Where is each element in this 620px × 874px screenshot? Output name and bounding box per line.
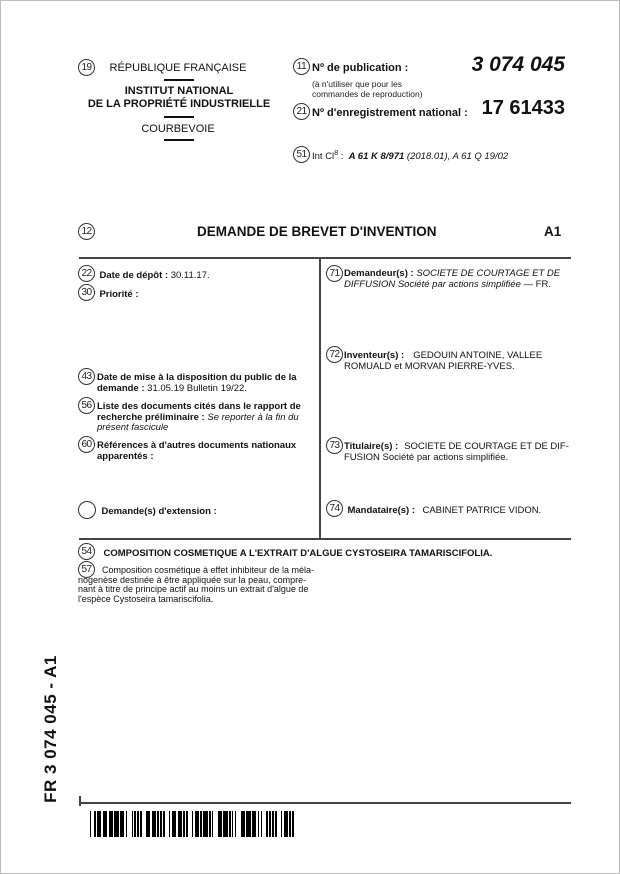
publication-date-field: Date de mise à la disposition du public … bbox=[97, 373, 307, 394]
abstract: Composition cosmétique à effet inhibiteu… bbox=[78, 566, 328, 604]
code-60: 60 bbox=[78, 436, 95, 454]
inid-code-22-icon: 22 bbox=[78, 265, 95, 282]
barcode bbox=[90, 811, 294, 837]
references-label-line1: Références à d'autres documents nationau… bbox=[97, 441, 317, 452]
inid-code-11-icon: 11 bbox=[293, 58, 310, 75]
inid-code-51-icon: 51 bbox=[293, 146, 310, 163]
extension-field: Demande(s) d'extension : bbox=[78, 501, 217, 519]
inventors-label: Inventeur(s) : bbox=[344, 350, 404, 361]
column-divider bbox=[319, 258, 321, 539]
invention-title: COMPOSITION COSMETIQUE A L'EXTRAIT D'ALG… bbox=[103, 548, 492, 559]
cited-docs-value-line2: présent fascicule bbox=[97, 423, 317, 434]
applicant-field: Demandeur(s) : SOCIETE DE COURTAGE ET DE… bbox=[344, 269, 572, 290]
office-name-line2: DE LA PROPRIÉTÉ INDUSTRIELLE bbox=[81, 98, 277, 111]
header-divider bbox=[164, 139, 194, 141]
publication-note-line1: (à n'utiliser que pour les bbox=[312, 79, 423, 89]
references-field: Références à d'autres documents nationau… bbox=[97, 441, 317, 462]
registration-number: 17 61433 bbox=[471, 97, 565, 120]
code-11: 11 bbox=[293, 58, 310, 76]
holder-value-line2: FUSION Société par actions simplifiée. bbox=[344, 453, 572, 464]
inid-code-empty-icon bbox=[78, 501, 96, 519]
code-19: 19 bbox=[78, 59, 95, 77]
code-71: 71 bbox=[326, 265, 343, 283]
applicant-label: Demandeur(s) : bbox=[344, 268, 414, 279]
office-city: COURBEVOIE bbox=[108, 123, 248, 135]
int-cl-main: A 61 K 8/971 bbox=[349, 151, 405, 162]
inventors-value-line2: ROMUALD et MORVAN PIERRE-YVES. bbox=[344, 362, 572, 373]
int-cl-main-date: (2018.01), bbox=[404, 151, 452, 162]
inid-code-54-icon: 54 bbox=[78, 543, 95, 560]
inid-code-60-icon: 60 bbox=[78, 436, 95, 453]
cited-documents-field: Liste des documents cités dans le rappor… bbox=[97, 402, 317, 434]
country-name: RÉPUBLIQUE FRANÇAISE bbox=[108, 62, 248, 74]
inid-code-43-icon: 43 bbox=[78, 368, 95, 385]
side-label-text: FR 3 074 045 - A1 bbox=[41, 655, 61, 803]
references-label-line2: apparentés : bbox=[97, 452, 317, 463]
int-cl-label: Int Cl bbox=[312, 151, 334, 162]
inid-code-73-icon: 73 bbox=[326, 437, 343, 454]
publication-note: (à n'utiliser que pour les commandes de … bbox=[312, 79, 423, 99]
patent-document-page: 19 RÉPUBLIQUE FRANÇAISE INSTITUT NATIONA… bbox=[0, 0, 620, 874]
publication-date-label-line2: demande : bbox=[97, 383, 145, 394]
code-43: 43 bbox=[78, 368, 95, 386]
inid-code-74-icon: 74 bbox=[326, 500, 343, 517]
holder-field: Titulaire(s) :SOCIETE DE COURTAGE ET DE … bbox=[344, 442, 572, 463]
int-cl-secondary: A 61 Q 19/02 bbox=[453, 151, 509, 162]
abstract-line4: l'espèce Cystoseira tamariscifolia. bbox=[78, 595, 328, 605]
inid-code-21-icon: 21 bbox=[293, 103, 310, 120]
applicant-value-line2: DIFFUSION Société par actions simplifiée bbox=[344, 279, 521, 290]
inid-code-72-icon: 72 bbox=[326, 346, 343, 363]
code-73: 73 bbox=[326, 437, 343, 455]
footer-rule bbox=[79, 802, 571, 804]
table-bottom-rule bbox=[79, 538, 571, 540]
code-72: 72 bbox=[326, 346, 343, 364]
holder-value-line1: SOCIETE DE COURTAGE ET DE DIF- bbox=[404, 441, 569, 452]
code-12: 12 bbox=[78, 223, 95, 241]
extension-label: Demande(s) d'extension : bbox=[101, 506, 216, 517]
side-publication-label: FR 3 074 045 - A1 bbox=[31, 629, 71, 829]
publication-note-line2: commandes de reproduction) bbox=[312, 89, 423, 99]
inid-code-30-icon: 30 bbox=[78, 284, 95, 301]
inid-code-56-icon: 56 bbox=[78, 397, 95, 414]
agent-field: 74 Mandataire(s) : CABINET PATRICE VIDON… bbox=[326, 500, 541, 518]
registration-label: Nº d'enregistrement national : bbox=[312, 107, 468, 119]
publication-label: Nº de publication : bbox=[312, 62, 408, 74]
inventors-value-line1: GEDOUIN ANTOINE, VALLEE bbox=[413, 350, 542, 361]
agent-label: Mandataire(s) : bbox=[347, 505, 415, 516]
inid-code-71-icon: 71 bbox=[326, 265, 343, 282]
header-divider bbox=[164, 79, 194, 81]
inventors-field: Inventeur(s) :GEDOUIN ANTOINE, VALLEE RO… bbox=[344, 351, 572, 372]
table-top-rule bbox=[79, 257, 571, 259]
header-divider bbox=[164, 116, 194, 118]
filing-date-value: 30.11.17. bbox=[168, 270, 210, 281]
applicant-country: — FR. bbox=[521, 279, 551, 290]
side-tick bbox=[79, 796, 81, 806]
filing-date-label: Date de dépôt : bbox=[99, 270, 168, 281]
kind-code: A1 bbox=[544, 224, 561, 239]
publication-number: 3 074 045 bbox=[471, 53, 565, 77]
invention-title-field: 54 COMPOSITION COSMETIQUE A L'EXTRAIT D'… bbox=[78, 543, 492, 561]
holder-label: Titulaire(s) : bbox=[344, 441, 398, 452]
code-56: 56 bbox=[78, 397, 95, 415]
document-type: DEMANDE DE BREVET D'INVENTION bbox=[197, 224, 436, 239]
int-classification: Int Cl8 : A 61 K 8/971 (2018.01), A 61 Q… bbox=[312, 150, 508, 162]
applicant-value-line1: SOCIETE DE COURTAGE ET DE bbox=[414, 268, 560, 279]
priority-field: 30 Priorité : bbox=[78, 284, 139, 302]
filing-date-field: 22 Date de dépôt : 30.11.17. bbox=[78, 265, 210, 283]
int-cl-sep: : bbox=[338, 151, 346, 162]
office-name: INSTITUT NATIONAL DE LA PROPRIÉTÉ INDUST… bbox=[81, 85, 277, 111]
office-name-line1: INSTITUT NATIONAL bbox=[81, 85, 277, 98]
agent-value: CABINET PATRICE VIDON. bbox=[422, 505, 541, 516]
cited-docs-value-line1: Se reporter à la fin du bbox=[205, 412, 299, 423]
cited-docs-label-line2: recherche préliminaire : bbox=[97, 412, 205, 423]
code-51: 51 bbox=[293, 146, 310, 164]
inid-code-19-icon: 19 bbox=[78, 59, 95, 76]
priority-label: Priorité : bbox=[99, 289, 138, 300]
code-21: 21 bbox=[293, 103, 310, 121]
publication-date-value: 31.05.19 Bulletin 19/22. bbox=[145, 383, 247, 394]
inid-code-12-icon: 12 bbox=[78, 223, 95, 240]
